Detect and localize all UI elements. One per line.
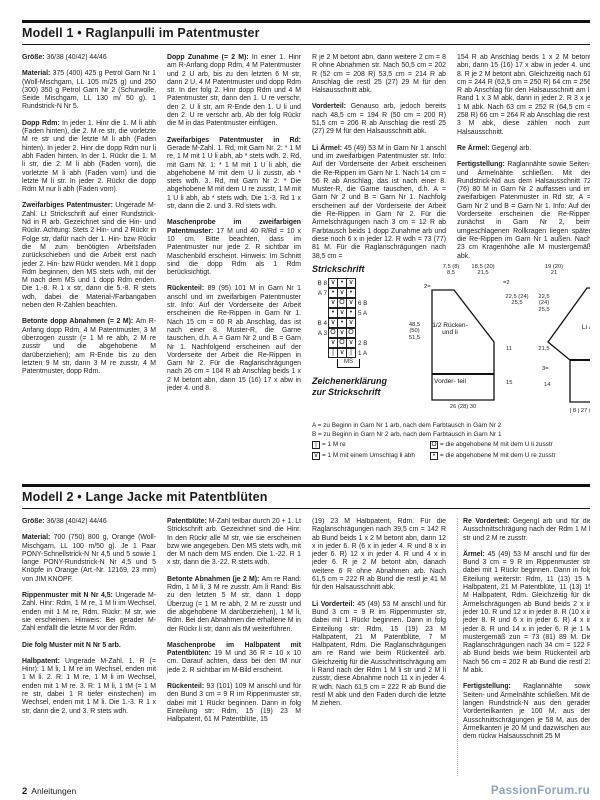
model1-figures: Strickschrift B 8∨•∨A 7•∨•∨O∨6 B•∨•5 AB … [312,264,590,418]
chart-row: ∨O∨2 B [312,338,400,348]
legend-symbol-text: = 1 M re [322,441,346,450]
chart-row-label: A 3 [312,330,329,337]
page-number-block: 2Anleitungen [22,781,76,799]
paragraph: Maschenprobe im Halbpatent mit Patentblü… [167,642,301,675]
model2-column-4: Re Vorderteil: Gegengl arb und für die A… [457,518,590,776]
legend-line-b: B = zu Beginn in Garn Nr 2 arb, nach dem… [312,431,590,440]
chart-cell: O [346,328,356,338]
legend-symbol-icon: • [430,452,438,460]
paragraph: Re Vorderteil: Gegengl arb und für die A… [463,518,590,543]
paragraph: Rippenmuster mit N Nr 4,5: Ungerade M-Za… [22,592,156,633]
legend-item: O= die abgehobene M mit dem U li zusstr [430,441,590,450]
paragraph: Größe: 36/38 (40/42) 44/46 [22,54,156,62]
measure: 18,5 (20) 21,5 [470,264,496,277]
legend-symbol-icon: O [430,441,438,449]
chart-row-label: B 8 [312,280,329,287]
measure: 19 (20) 21 [544,264,564,277]
knitting-chart: B 8∨•∨A 7•∨•∨O∨6 B•∨•5 AB 4∨•∨A 3O∨O∨O∨2… [312,278,400,358]
strickschrift-title: Strickschrift [312,264,400,274]
page-footer: 2Anleitungen PassionForum.ru [22,781,590,799]
paragraph: Zweifarbiges Patentmuster: Ungerade M-Za… [22,202,156,310]
model1-right-half: R je 2 M betont abn, dann weitere 2 cm =… [312,54,590,484]
paragraph: Dopp Zunahme (= 2 M): In einer 1. Hinr a… [167,54,301,129]
paragraph: Material: 375 (400) 425 g Petrol Garn Nr… [22,70,156,111]
model1-body: Größe: 36/38 (40/42) 44/46Material: 375 … [22,54,590,484]
strickschrift-block: Strickschrift B 8∨•∨A 7•∨•∨O∨6 B•∨•5 AB … [312,264,400,418]
measure: 26 (28) 30 [428,404,498,410]
legend-symbols: |= 1 M re∨= 1 M mit einem Umschlag li ab… [312,441,590,460]
paragraph: Die folg Muster mit N Nr 5 arb. [22,642,156,650]
measure: 5 [586,270,590,276]
model2-column-2: Patentblüte: M-Zahl teilbar durch 20 + 1… [167,518,301,776]
paragraph: Vorderteil: Genauso arb, jedoch bereits … [312,103,446,136]
chart-row: A 3O∨O [312,328,400,338]
model1-column-3: R je 2 M betont abn, dann weitere 2 cm =… [312,54,446,262]
chart-cell: ∨ [346,278,356,288]
paragraph: Dopp Rdm: In jeder 1. Hinr die 1. M li a… [22,120,156,195]
paragraph: Patentblüte: M-Zahl teilbar durch 20 + 1… [167,518,301,568]
watermark: PassionForum.ru [491,785,590,797]
paragraph: R je 2 M betont abn, dann weitere 2 cm =… [312,54,446,95]
legend-symbol-text: = die abgehobene M mit dem U li zusstr [440,441,553,450]
chart-row: B 8∨•∨ [312,278,400,288]
paragraph: (19) 23 M Halbpatent, Rdm. Für die Ragla… [312,518,446,593]
chart-row-label: B 4 [312,320,329,327]
schematic-sleeve: 19 (20) 21 5 19 (20) 21 22,5 (24) 25,5 2… [536,264,590,418]
chart-cell: • [346,288,356,298]
model1-column-4: 154 R ab Anschlag beids 1 x 2 M betont a… [457,54,590,262]
legend-symbol-icon: | [312,441,320,449]
chart-row-label: A 7 [312,290,329,297]
paragraph: Li Vorderteil: 45 (49) 53 M anschl und f… [312,601,446,709]
model1-column-1: Größe: 36/38 (40/42) 44/46Material: 375 … [22,54,156,484]
chart-row: B 4∨•∨ [312,318,400,328]
paragraph: Zweifarbiges Patentmuster in Rd: Gerade … [167,137,301,212]
body-label-lower: Vorder- teil [434,378,466,385]
model1-column-2: Dopp Zunahme (= 2 M): In einer 1. Hinr a… [167,54,301,484]
legend-symbol-text: = die abgehobene M mit dem U re zusstr [440,452,556,461]
measure: 11 [506,346,512,352]
chart-cell: ∨ [346,338,356,348]
chart-row-label: 6 B [356,300,373,307]
paragraph: Betonte Abnahmen (je 2 M): Am re Rand: R… [167,576,301,634]
model2-body: Größe: 36/38 (40/42) 44/46Material: 700 … [22,518,590,776]
paragraph: Rückenteil: 93 (101) 109 M anschl und fü… [167,683,301,724]
legend-item: •= die abgehobene M mit dem U re zusstr [430,452,590,461]
chart-cell: • [346,308,356,318]
schematic-body: 2= 7,5 (8) 8,5 18,5 (20) 21,5 =2 48,5 (5… [404,264,532,418]
measure: 48,5 (50) 51,5 [404,322,425,341]
chart-row-label: 1 A [356,350,373,357]
legend-symbol-text: = 1 M mit einem Umschlag li abh [322,452,415,461]
paragraph: Ärmel: 45 (49) 53 M anschl und für den B… [463,551,590,675]
model1-title: Modell 1 • Raglanpulli im Patentmuster [22,26,590,40]
chart-row: |∨|1 A [312,348,400,358]
legend-symbol-icon: ∨ [312,452,320,460]
chart-row-label: 2 B [356,340,373,347]
paragraph: Maschenprobe im zweifarbigen Patentmuste… [167,219,301,277]
chart-row: ∨O∨6 B [312,298,400,308]
paragraph: Größe: 36/38 (40/42) 44/46 [22,518,156,526]
paragraph: Fertigstellung: Raglannähte sowie Seiten… [463,683,590,741]
model2-title: Modell 2 • Lange Jacke mit Patentblüten [22,490,590,504]
legend-item: |= 1 M re [312,441,430,450]
model1-header: Modell 1 • Raglanpulli im Patentmuster [22,20,590,45]
chart-row: •∨•5 A [312,308,400,318]
chart-cell: ∨ [346,298,356,308]
magazine-page: Modell 1 • Raglanpulli im Patentmuster G… [0,0,600,800]
chart-row-label: 5 A [356,310,373,317]
paragraph: Rückenteil: 89 (95) 101 M in Garn Nr 1 a… [167,285,301,393]
paragraph: Fertigstellung: Raglannähte sowie Seiten… [457,161,590,261]
measure: 15 [506,380,512,386]
paragraph: Re Ärmel: Gegengl arb. [457,145,590,153]
paragraph: 154 R ab Anschlag beids 1 x 2 M betont a… [457,54,590,137]
model2-column-1: Größe: 36/38 (40/42) 44/46Material: 700 … [22,518,156,776]
paragraph: Halbpatent: Ungerade M-Zahl. 1. R (= Hin… [22,658,156,716]
legend-block: A = zu Beginn in Garn Nr 1 arb, nach dem… [312,422,590,460]
model2-column-3: (19) 23 M Halbpatent, Rdm. Für die Ragla… [312,518,446,776]
page-number: 2 [22,786,27,797]
paragraph: Li Ärmel: 45 (49) 53 M in Garn Nr 1 ansc… [312,145,446,261]
measure: 7,5 (8) 8,5 [440,264,462,277]
paragraph: Material: 700 (750) 800 g, Orange (Woll-… [22,534,156,584]
legend-title: Zeichenerklärung zur Strickschrift [312,376,400,397]
chart-ms-bracket: MS [337,359,360,368]
chart-cell: ∨ [346,318,356,328]
legend-item: ∨= 1 M mit einem Umschlag li abh [312,452,430,461]
measure: | 8 | 27 (29) 31 | 8 | [544,408,590,414]
sleeve-label: Li Ärmel [574,324,590,331]
legend-line-a: A = zu Beginn in Garn Nr 1 arb, nach dem… [312,422,590,431]
measure: =2 [503,280,510,286]
chart-row: A 7•∨• [312,288,400,298]
sleeve-outline [540,286,590,406]
body-label-upper: 1/2 Rücken- und li [430,322,470,337]
measure: 22,5 (24) 25,5 [504,294,530,307]
footer-label: Anleitungen [31,786,76,796]
chart-cell: | [346,348,356,358]
model2-header: Modell 2 • Lange Jacke mit Patentblüten [22,484,590,509]
paragraph: Betonte dopp Abnahmen (= 2 M): Am R-Anfa… [22,318,156,376]
